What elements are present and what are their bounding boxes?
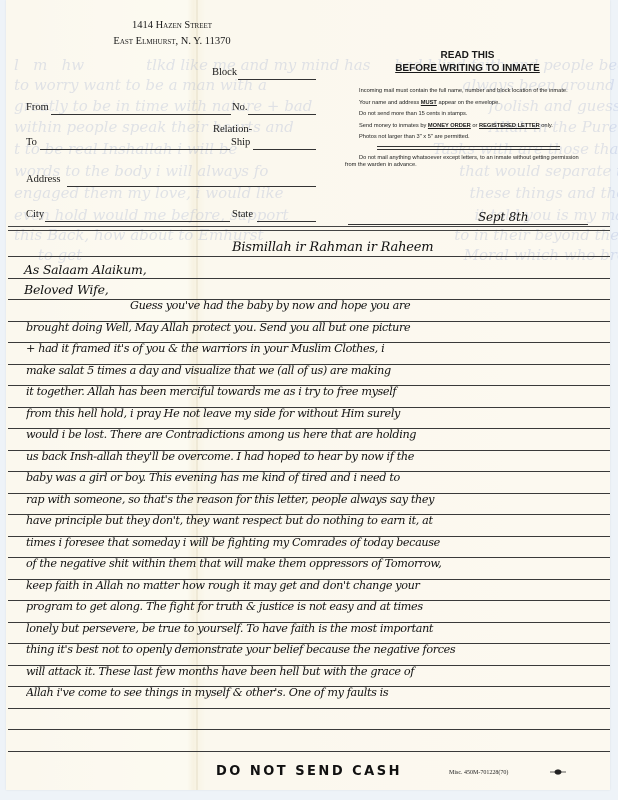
notice-title-2: BEFORE WRITING TO INMATE [395, 63, 540, 74]
block-field[interactable] [238, 79, 316, 80]
ruled-line [8, 751, 610, 752]
notice-rule-2: Your name and address MUST appear on the… [345, 100, 590, 108]
notice-rules: Incoming mail must contain the full name… [345, 88, 590, 170]
state-label: State [232, 209, 253, 220]
relationship-field[interactable] [253, 149, 316, 150]
letter-body-line: would i be lost. There are Contradiction… [26, 428, 596, 441]
letter-invocation: Bismillah ir Rahman ir Raheem [232, 240, 433, 255]
letter-body-line: from this hell hold, i pray He not leave… [26, 407, 596, 420]
address-label: Address [26, 174, 60, 185]
notice-rule-2-text: Your name and address [359, 100, 421, 106]
notice-rule-3: Do not send more than 15 cents in stamps… [345, 111, 590, 119]
letterhead-city: East Elmhurst, N. Y. 11370 [92, 34, 252, 50]
notice-rule-4-only: only. [540, 123, 553, 129]
notice-rule-4-text: Send money to inmates by [359, 123, 428, 129]
union-bug-icon [550, 769, 566, 775]
inmate-notice: READ THIS BEFORE WRITING TO INMATE [345, 49, 590, 75]
notice-rule-4-money-order: MONEY ORDER [428, 123, 471, 129]
ruled-line [8, 278, 610, 279]
ruled-line [8, 708, 610, 709]
letter-body-line: rap with someone, so that's the reason f… [26, 493, 596, 506]
letter-body-line: of the negative shit within them that wi… [26, 557, 596, 570]
ruled-divider [8, 226, 610, 231]
to-label: To [26, 137, 37, 148]
notice-title-1: READ THIS [345, 49, 590, 62]
notice-rule-5: Photos not larger than 3" x 5" are permi… [345, 134, 590, 142]
form-code: Misc. 450M-701228(70) [449, 770, 508, 776]
city-field[interactable] [45, 221, 230, 222]
from-label: From [26, 102, 49, 113]
letter-date: Sept 8th [478, 210, 528, 224]
from-field[interactable] [51, 114, 231, 115]
letter-body-line: thing it's best not to openly demonstrat… [26, 643, 596, 656]
notice-rule-1: Incoming mail must contain the full name… [345, 88, 590, 96]
block-label: Block [212, 67, 237, 78]
notice-rule-2-emphasis: MUST [421, 100, 437, 106]
letter-greeting-wife: Beloved Wife, [24, 282, 109, 297]
letter-body-line: times i foresee that someday i will be f… [26, 536, 596, 549]
letter-body-line: brought doing Well, May Allah protect yo… [26, 321, 596, 334]
letter-greeting-salaam: As Salaam Alaikum, [24, 262, 147, 277]
letter-body-line: it together. Allah has been merciful tow… [26, 385, 596, 398]
letter-body-line: + had it framed it's of you & the warrio… [26, 342, 596, 355]
notice-rule-4-registered-letter: REGISTERED LETTER [479, 123, 540, 129]
letter-body-line: program to get along. The fight for trut… [26, 600, 596, 613]
letter-body-line: Allah i've come to see things in myself … [26, 686, 596, 699]
notice-rule-4-or: or [471, 123, 479, 129]
address-field[interactable] [67, 186, 316, 187]
letterhead-street: 1414 Hazen Street [92, 18, 252, 34]
notice-rule-6: Do not mail anything whatsoever except l… [345, 155, 590, 170]
notice-rule-2-text-end: appear on the envelope. [437, 100, 500, 106]
do-not-send-cash-warning: DO NOT SEND CASH [0, 764, 618, 779]
letter-body-line: keep faith in Allah no matter how rough … [26, 579, 596, 592]
relation-label-1: Relation- [213, 124, 252, 135]
ruled-line [8, 256, 610, 257]
letter-body-line: us back Insh-allah they'll be overcome. … [26, 450, 596, 463]
notice-divider [377, 146, 560, 150]
date-field[interactable] [348, 224, 588, 225]
no-label: No. [232, 102, 247, 113]
letter-body-line: will attack it. These last few months ha… [26, 665, 596, 678]
letter-body-line: baby was a girl or boy. This evening has… [26, 471, 596, 484]
state-field[interactable] [257, 221, 316, 222]
to-field[interactable] [40, 149, 230, 150]
letter-body-line: have principle but they don't, they want… [26, 514, 596, 527]
letter-body-line: lonely but persevere, be true to yoursel… [26, 622, 596, 635]
ruled-line [8, 729, 610, 730]
letter-body-line: make salat 5 times a day and visualize t… [26, 364, 596, 377]
city-label: City [26, 209, 44, 220]
notice-title-2-wrap: BEFORE WRITING TO INMATE [345, 62, 590, 75]
letter-body-line: Guess you've had the baby by now and hop… [130, 299, 596, 312]
notice-rule-4: Send money to inmates by MONEY ORDER or … [345, 123, 590, 131]
no-field[interactable] [248, 114, 316, 115]
relation-label-2: Ship [231, 137, 250, 148]
